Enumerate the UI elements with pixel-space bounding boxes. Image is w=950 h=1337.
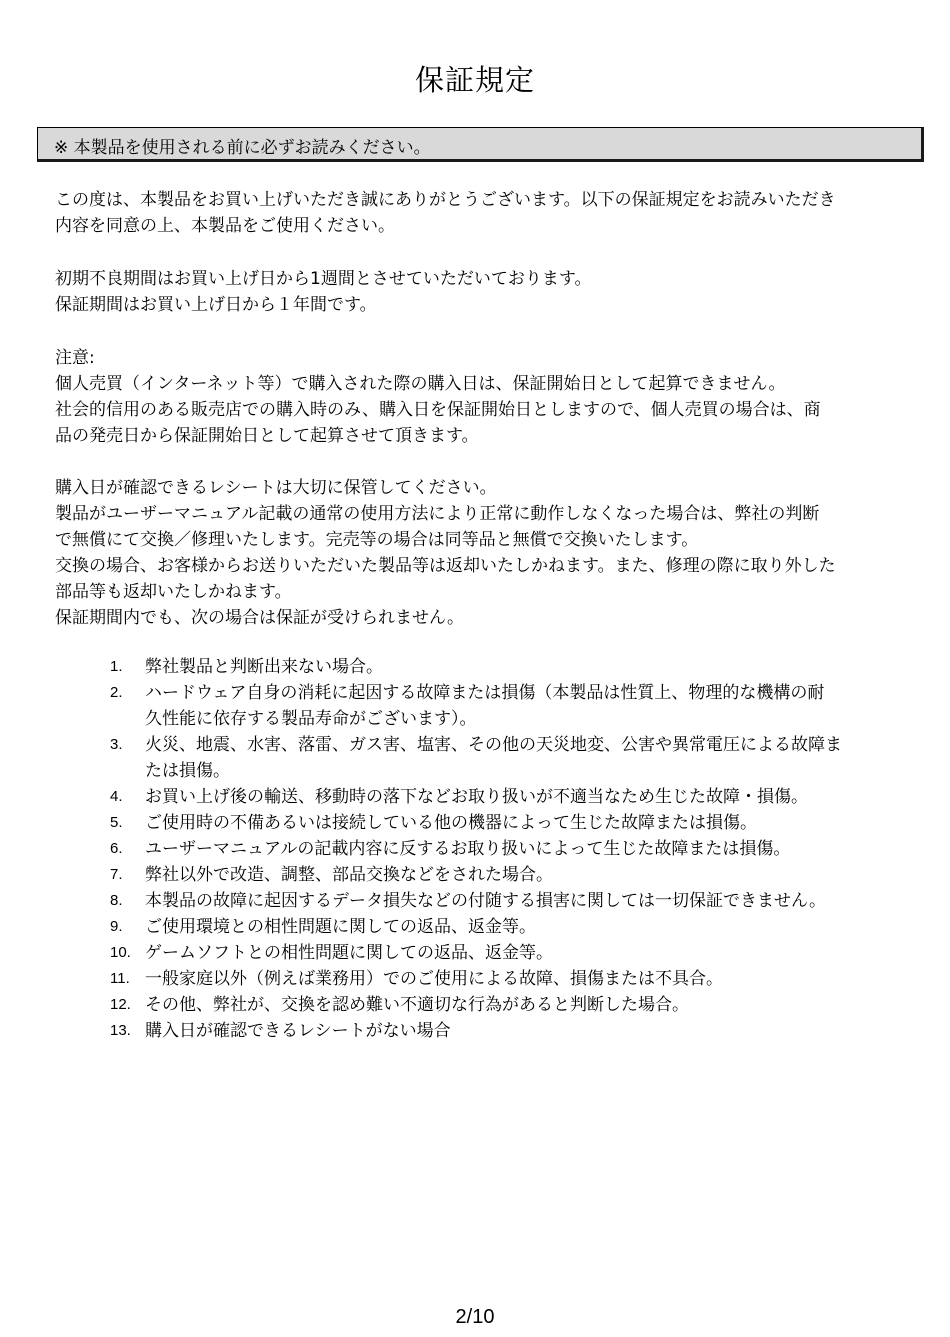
intro-line: 内容を同意の上、本製品をご使用ください。 xyxy=(55,213,925,239)
list-text: 購入日が確認できるレシートがない場合 xyxy=(145,1018,451,1044)
notice-box: ※ 本製品を使用される前に必ずお読みください。 xyxy=(37,127,924,162)
list-item: 9. ご使用環境との相性問題に関しての返品、返金等。 xyxy=(110,914,842,940)
list-line: たは損傷。 xyxy=(145,758,842,784)
intro-line: この度は、本製品をお買い上げいただき誠にありがとうございます。以下の保証規定をお… xyxy=(55,187,925,213)
initial-defect-period: 初期不良期間はお買い上げ日から1週間とさせていただいております。 xyxy=(55,266,925,292)
warranty-period: 保証期間はお買い上げ日から１年間です。 xyxy=(55,292,925,318)
list-text: ユーザーマニュアルの記載内容に反するお取り扱いによって生じた故障または損傷。 xyxy=(145,836,790,862)
list-text: お買い上げ後の輸送、移動時の落下などお取り扱いが不適当なため生じた故障・損傷。 xyxy=(145,784,808,810)
list-text: 火災、地震、水害、落雷、ガス害、塩害、その他の天災地変、公害や異常電圧による故障… xyxy=(145,732,842,784)
list-text: その他、弊社が、交換を認め難い不適切な行為があると判断した場合。 xyxy=(145,992,689,1018)
list-line: ゲームソフトとの相性問題に関しての返品、返金等。 xyxy=(145,940,553,966)
list-number: 8. xyxy=(110,888,145,914)
list-text: 一般家庭以外（例えば業務用）でのご使用による故障、損傷または不具合。 xyxy=(145,966,723,992)
list-text: ご使用環境との相性問題に関しての返品、返金等。 xyxy=(145,914,536,940)
list-number: 10. xyxy=(110,940,145,966)
caution-line: 社会的信用のある販売店での購入時のみ、購入日を保証開始日としますので、個人売買の… xyxy=(55,397,925,423)
list-line: お買い上げ後の輸送、移動時の落下などお取り扱いが不適当なため生じた故障・損傷。 xyxy=(145,784,808,810)
list-number: 12. xyxy=(110,992,145,1018)
exclusions-list: 1. 弊社製品と判断出来ない場合。 2. ハードウェア自身の消耗に起因する故障ま… xyxy=(110,654,842,1044)
page-title: 保証規定 xyxy=(0,58,950,99)
list-item: 10. ゲームソフトとの相性問題に関しての返品、返金等。 xyxy=(110,940,842,966)
list-number: 11. xyxy=(110,966,145,992)
caution-line: 品の発売日から保証開始日として起算させて頂きます。 xyxy=(55,423,925,449)
list-line: 弊社製品と判断出来ない場合。 xyxy=(145,654,383,680)
list-text: ゲームソフトとの相性問題に関しての返品、返金等。 xyxy=(145,940,553,966)
list-item: 11. 一般家庭以外（例えば業務用）でのご使用による故障、損傷または不具合。 xyxy=(110,966,842,992)
list-item: 4. お買い上げ後の輸送、移動時の落下などお取り扱いが不適当なため生じた故障・損… xyxy=(110,784,842,810)
list-item: 1. 弊社製品と判断出来ない場合。 xyxy=(110,654,842,680)
list-item: 6. ユーザーマニュアルの記載内容に反するお取り扱いによって生じた故障または損傷… xyxy=(110,836,842,862)
receipt-line: 購入日が確認できるレシートは大切に保管してください。 xyxy=(55,475,925,501)
caution-line: 個人売買（インターネット等）で購入された際の購入日は、保証開始日として起算できま… xyxy=(55,371,925,397)
list-number: 9. xyxy=(110,914,145,940)
receipt-paragraph: 購入日が確認できるレシートは大切に保管してください。 製品がユーザーマニュアル記… xyxy=(55,475,925,631)
notice-text: ※ 本製品を使用される前に必ずお読みください。 xyxy=(54,133,431,158)
list-line: 一般家庭以外（例えば業務用）でのご使用による故障、損傷または不具合。 xyxy=(145,966,723,992)
list-line: 本製品の故障に起因するデータ損失などの付随する損害に関しては一切保証できません。 xyxy=(145,888,826,914)
list-number: 13. xyxy=(110,1018,145,1044)
list-line: 火災、地震、水害、落雷、ガス害、塩害、その他の天災地変、公害や異常電圧による故障… xyxy=(145,732,842,758)
caution-heading: 注意: xyxy=(55,345,925,371)
receipt-line: で無償にて交換／修理いたします。完売等の場合は同等品と無償で交換いたします。 xyxy=(55,527,925,553)
list-line: ご使用環境との相性問題に関しての返品、返金等。 xyxy=(145,914,536,940)
list-item: 3. 火災、地震、水害、落雷、ガス害、塩害、その他の天災地変、公害や異常電圧によ… xyxy=(110,732,842,784)
caution-paragraph: 注意: 個人売買（インターネット等）で購入された際の購入日は、保証開始日として起… xyxy=(55,345,925,449)
list-line: ハードウェア自身の消耗に起因する故障または損傷（本製品は性質上、物理的な機構の耐 xyxy=(145,680,824,706)
intro-paragraph: この度は、本製品をお買い上げいただき誠にありがとうございます。以下の保証規定をお… xyxy=(55,187,925,239)
list-text: ご使用時の不備あるいは接続している他の機器によって生じた故障または損傷。 xyxy=(145,810,757,836)
list-text: 本製品の故障に起因するデータ損失などの付随する損害に関しては一切保証できません。 xyxy=(145,888,826,914)
list-line: ご使用時の不備あるいは接続している他の機器によって生じた故障または損傷。 xyxy=(145,810,757,836)
receipt-line: 保証期間内でも、次の場合は保証が受けられません。 xyxy=(55,605,925,631)
list-line: 久性能に依存する製品寿命がございます）。 xyxy=(145,706,824,732)
list-line: 購入日が確認できるレシートがない場合 xyxy=(145,1018,451,1044)
list-number: 6. xyxy=(110,836,145,862)
receipt-line: 製品がユーザーマニュアル記載の通常の使用方法により正常に動作しなくなった場合は、… xyxy=(55,501,925,527)
list-item: 7. 弊社以外で改造、調整、部品交換などをされた場合。 xyxy=(110,862,842,888)
list-item: 8. 本製品の故障に起因するデータ損失などの付随する損害に関しては一切保証できま… xyxy=(110,888,842,914)
list-number: 4. xyxy=(110,784,145,810)
receipt-line: 交換の場合、お客様からお送りいただいた製品等は返却いたしかねます。また、修理の際… xyxy=(55,553,925,579)
list-number: 7. xyxy=(110,862,145,888)
list-line: 弊社以外で改造、調整、部品交換などをされた場合。 xyxy=(145,862,553,888)
receipt-line: 部品等も返却いたしかねます。 xyxy=(55,579,925,605)
list-item: 12. その他、弊社が、交換を認め難い不適切な行為があると判断した場合。 xyxy=(110,992,842,1018)
list-line: その他、弊社が、交換を認め難い不適切な行為があると判断した場合。 xyxy=(145,992,689,1018)
page-number: 2/10 xyxy=(0,1306,950,1329)
list-number: 1. xyxy=(110,654,145,680)
list-item: 5. ご使用時の不備あるいは接続している他の機器によって生じた故障または損傷。 xyxy=(110,810,842,836)
periods-paragraph: 初期不良期間はお買い上げ日から1週間とさせていただいております。 保証期間はお買… xyxy=(55,266,925,318)
list-number: 5. xyxy=(110,810,145,836)
list-text: 弊社以外で改造、調整、部品交換などをされた場合。 xyxy=(145,862,553,888)
list-item: 2. ハードウェア自身の消耗に起因する故障または損傷（本製品は性質上、物理的な機… xyxy=(110,680,842,732)
list-number: 2. xyxy=(110,680,145,732)
list-item: 13. 購入日が確認できるレシートがない場合 xyxy=(110,1018,842,1044)
list-text: 弊社製品と判断出来ない場合。 xyxy=(145,654,383,680)
list-text: ハードウェア自身の消耗に起因する故障または損傷（本製品は性質上、物理的な機構の耐… xyxy=(145,680,824,732)
list-line: ユーザーマニュアルの記載内容に反するお取り扱いによって生じた故障または損傷。 xyxy=(145,836,790,862)
list-number: 3. xyxy=(110,732,145,784)
